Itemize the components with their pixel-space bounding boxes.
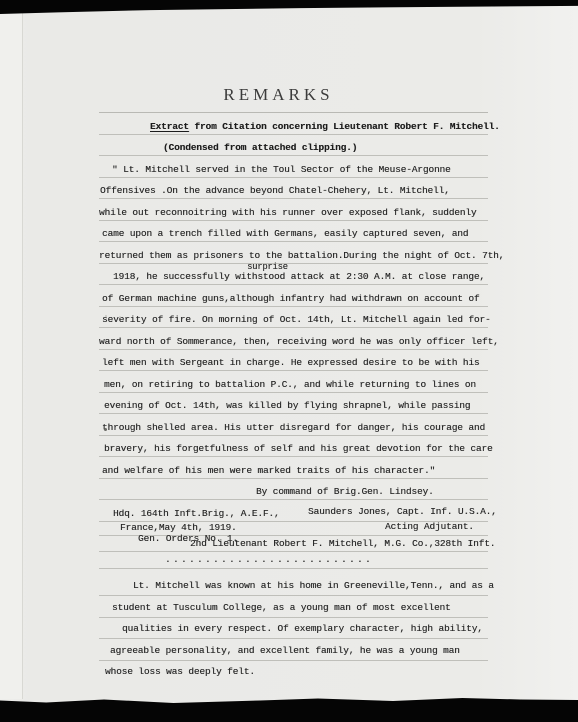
- citation-line-row: Offensives .On the advance beyond Chatel…: [99, 178, 488, 200]
- citation-line: through shelled area. His utter disregar…: [102, 422, 485, 433]
- remarks-heading-row: REMARKS: [99, 62, 488, 113]
- signer-title: Acting Adjutant.: [385, 521, 474, 532]
- citation-line: Offensives .On the advance beyond Chatel…: [100, 185, 450, 196]
- citation-line: came upon a trench filled with Germans, …: [102, 228, 468, 239]
- closing-line: Lt. Mitchell was known at his home in Gr…: [133, 580, 494, 591]
- citation-subtitle: (Condensed from attached clipping.): [163, 142, 357, 153]
- citation-title: Extract from Citation concerning Lieuten…: [150, 121, 500, 132]
- film-border-top: [0, 0, 578, 14]
- typed-content: REMARKS Extract from Citation concerning…: [99, 62, 488, 683]
- by-command-line: By command of Brig.Gen. Lindsey.: [256, 486, 434, 497]
- citation-line-row: ward north of Sommerance, then, receivin…: [99, 328, 488, 350]
- date-orders-row: France,May 4th, 1919. Acting Adjutant. G…: [99, 522, 488, 537]
- citation-line-row: bravery, his forgetfulness of self and h…: [99, 436, 488, 458]
- citation-line-part: attack at 2:30 A.M. at close range,: [285, 271, 485, 282]
- citation-line: evening of Oct. 14th, was killed by flyi…: [104, 400, 470, 411]
- citation-line: " Lt. Mitchell served in the Toul Sector…: [112, 164, 451, 175]
- dotted-separator: ..........................: [165, 554, 373, 565]
- citation-line: left men with Sergeant in charge. He exp…: [102, 357, 479, 368]
- closing-line-row: agreeable personality, and excellent fam…: [99, 639, 488, 661]
- citation-line-row: left men with Sergeant in charge. He exp…: [99, 350, 488, 372]
- citation-line-row: severity of fire. On morning of Oct. 14t…: [99, 307, 488, 329]
- citation-line-row: returned them as prisoners to the battal…: [99, 242, 488, 264]
- closing-line: whose loss was deeply felt.: [105, 666, 255, 677]
- citation-line: 1918, he successfully withstoodsurprise …: [113, 271, 485, 282]
- citation-line: of German machine guns,although infantry…: [102, 293, 479, 304]
- hq-line: Hdq. 164th Inft.Brig., A.E.F.,: [113, 508, 280, 519]
- inserted-word: surprise: [247, 262, 288, 272]
- citation-line-row: while out reconnoitring with his runner …: [99, 199, 488, 221]
- paper-speck: [119, 316, 121, 318]
- citation-line-row: and welfare of his men were marked trait…: [99, 457, 488, 479]
- subject-line: 2nd Lieutenant Robert F. Mitchell, M.G. …: [190, 538, 495, 549]
- ink-mark: [104, 428, 107, 431]
- closing-line: agreeable personality, and excellent fam…: [110, 645, 460, 656]
- headquarters-signature-row: Hdq. 164th Inft.Brig., A.E.F., Saunders …: [99, 500, 488, 522]
- closing-line: qualities in every respect. Of exemplary…: [122, 623, 483, 634]
- date-line: France,May 4th, 1919.: [120, 522, 237, 533]
- closing-line-row: whose loss was deeply felt.: [99, 661, 488, 683]
- dotted-separator-row: ..........................: [99, 552, 488, 569]
- signer-name: Saunders Jones, Capt. Inf. U.S.A.,: [308, 506, 497, 517]
- citation-line-part: 1918, he successfully withstood: [113, 271, 285, 282]
- paper-speck: [105, 315, 107, 317]
- citation-line: while out reconnoitring with his runner …: [99, 207, 476, 218]
- citation-title-row: Extract from Citation concerning Lieuten…: [99, 113, 488, 135]
- citation-line-row-with-insert: 1918, he successfully withstoodsurprise …: [99, 264, 488, 286]
- closing-line-row: student at Tusculum College, as a young …: [99, 596, 488, 618]
- citation-line: bravery, his forgetfulness of self and h…: [104, 443, 493, 454]
- citation-line: men, on retiring to battalion P.C., and …: [104, 379, 476, 390]
- by-command-row: By command of Brig.Gen. Lindsey.: [99, 479, 488, 501]
- citation-line-row: " Lt. Mitchell served in the Toul Sector…: [99, 156, 488, 178]
- subject-row: 2nd Lieutenant Robert F. Mitchell, M.G. …: [99, 536, 488, 552]
- scanned-document: { "colors": { "page_bg": "#ebebe8", "ink…: [0, 0, 578, 722]
- citation-line: and welfare of his men were marked trait…: [102, 465, 435, 476]
- citation-line: ward north of Sommerance, then, receivin…: [99, 336, 499, 347]
- closing-line-row: Lt. Mitchell was known at his home in Gr…: [99, 569, 488, 596]
- citation-title-underlined-word: Extract: [150, 121, 189, 132]
- citation-title-rest: from Citation concerning Lieutenant Robe…: [189, 121, 500, 132]
- closing-line-row: qualities in every respect. Of exemplary…: [99, 618, 488, 640]
- citation-line-row: through shelled area. His utter disregar…: [99, 414, 488, 436]
- closing-line: student at Tusculum College, as a young …: [112, 602, 451, 613]
- paper-left-margin-strip: [0, 13, 22, 699]
- citation-line-row: men, on retiring to battalion P.C., and …: [99, 371, 488, 393]
- film-border-bottom: [0, 697, 578, 722]
- citation-line: returned them as prisoners to the battal…: [99, 250, 504, 261]
- citation-subtitle-row: (Condensed from attached clipping.): [99, 135, 488, 157]
- citation-line-row: of German machine guns,although infantry…: [99, 285, 488, 307]
- citation-line: severity of fire. On morning of Oct. 14t…: [102, 314, 491, 325]
- paper-edge-line: [22, 13, 23, 699]
- citation-line-row: evening of Oct. 14th, was killed by flyi…: [99, 393, 488, 415]
- citation-line-row: came upon a trench filled with Germans, …: [99, 221, 488, 243]
- page-title: REMARKS: [223, 85, 333, 105]
